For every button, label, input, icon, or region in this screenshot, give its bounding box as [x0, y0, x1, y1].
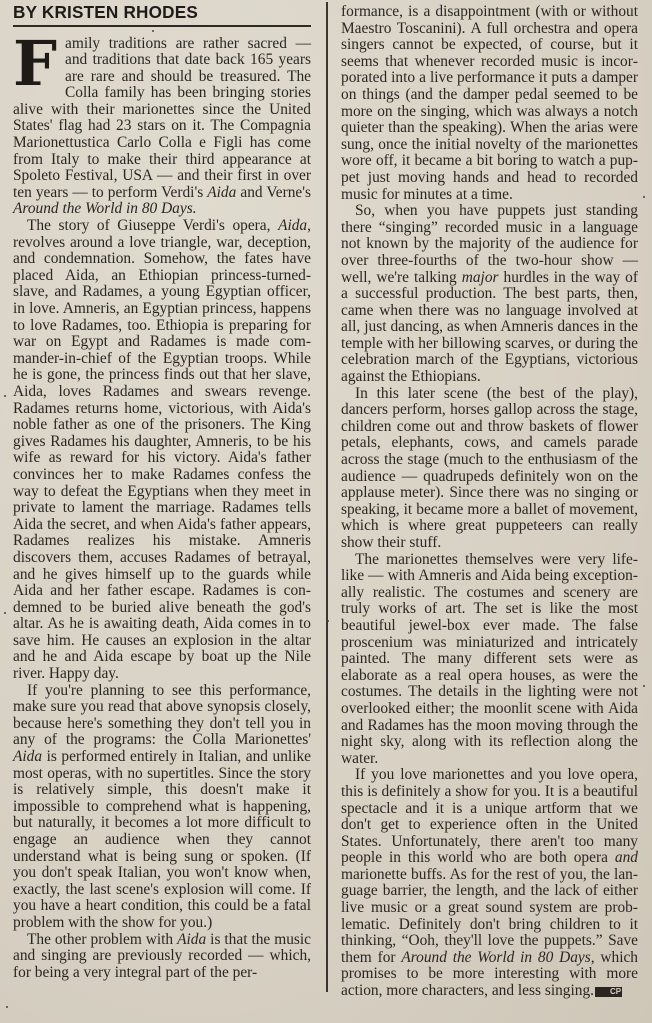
- paragraph-intro: Family traditions are rather sacred — an…: [13, 36, 311, 219]
- paragraph-recorded-music-start: The other problem with Aida is that the …: [13, 932, 311, 982]
- paragraph-language: If you're planning to see this performan…: [13, 683, 311, 932]
- paragraph-puppets-singing: So, when you have puppets just standing …: [341, 203, 638, 386]
- paragraph-synopsis: The story of Giuseppe Verdi's opera, Aid…: [13, 218, 311, 683]
- end-mark-icon: CP: [595, 987, 622, 997]
- paragraph-conclusion: If you love marionettes and you love ope…: [341, 767, 638, 999]
- paper-speck: [643, 685, 645, 687]
- paper-speck: [4, 612, 6, 614]
- paragraph-text: If you love marionettes and you love ope…: [341, 766, 638, 999]
- paper-speck: [327, 620, 329, 622]
- left-column: BY KRISTEN RHODES Family traditions are …: [13, 0, 311, 981]
- drop-cap: F: [13, 39, 57, 91]
- right-column: formance, is a disappointment (with or w…: [341, 4, 638, 1000]
- byline: BY KRISTEN RHODES: [13, 0, 305, 23]
- byline-rule: [13, 25, 311, 27]
- paragraph-later-scene: In this later scene (the best of the pla…: [341, 386, 638, 552]
- paragraph-recorded-music-cont: formance, is a disappointment (with or w…: [341, 4, 638, 203]
- paragraph-marionettes-lifelike: The marionettes themselves were very lif…: [341, 552, 638, 768]
- paper-speck: [152, 30, 154, 32]
- paragraph-text: amily traditions are rather sacred — and…: [13, 35, 311, 218]
- paper-speck: [4, 395, 6, 397]
- newspaper-page: BY KRISTEN RHODES Family traditions are …: [0, 0, 652, 1023]
- column-divider: [326, 2, 328, 992]
- paper-speck: [643, 196, 645, 198]
- paper-speck: [6, 1006, 8, 1008]
